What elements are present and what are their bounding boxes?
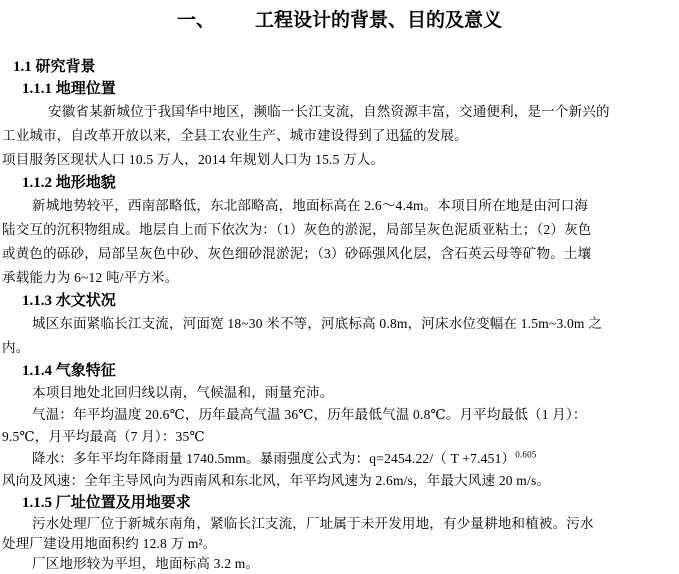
paragraph-line: 或黄色的砾砂，局部呈灰色中砂、灰色细砂混淤泥；（3）砂砾强风化层，含石英云母等矿…	[0, 242, 679, 266]
heading-1-1-4-climate: 1.1.4 气象特征	[0, 360, 679, 382]
paragraph-line: 承载能力为 6~12 吨/平方米。	[0, 266, 679, 290]
section-hydrology: 城区东面紧临长江支流，河面宽 18~30 米不等，河底标高 0.8m，河床水位变…	[0, 312, 679, 360]
storm-formula-exponent: 0.605	[515, 450, 536, 460]
paragraph-line: 处理厂建设用地面积约 12.8 万 m²。	[0, 534, 679, 554]
paragraph-line: 气温：年平均温度 20.6℃，历年最高气温 36℃，历年最低气温 0.8℃。月平…	[0, 404, 679, 426]
heading-1-1-5-site-location: 1.1.5 厂址位置及用地要求	[0, 492, 679, 514]
paragraph-line: 厂区地形较为平坦，地面标高 3.2 m。	[0, 554, 679, 574]
paragraph-line: 陆交互的沉积物组成。地层自上而下依次为：（1）灰色的淤泥，局部呈灰色泥质亚粘土；…	[0, 218, 679, 242]
section-climate: 本项目地处北回归线以南，气候温和，雨量充沛。 气温：年平均温度 20.6℃，历年…	[0, 382, 679, 492]
heading-1-1-2-terrain: 1.1.2 地形地貌	[0, 172, 679, 194]
paragraph-line-storm-formula: 降水：多年平均年降雨量 1740.5mm。暴雨强度公式为：q=2454.22/（…	[0, 448, 679, 470]
paragraph-line: 污水处理厂位于新城东南角，紧临长江支流，厂址属于未开发用地，有少量耕地和植被。污…	[0, 514, 679, 534]
paragraph-line: 9.5℃，月平均最高（7 月）：35℃	[0, 426, 679, 448]
paragraph-line: 新城地势较平，西南部略低，东北部略高，地面标高在 2.6～4.4m。本项目所在地…	[0, 194, 679, 218]
paragraph-line: 本项目地处北回归线以南，气候温和，雨量充沛。	[0, 382, 679, 404]
heading-1-1-research-background: 1.1 研究背景	[0, 56, 679, 78]
section-terrain: 新城地势较平，西南部略低，东北部略高，地面标高在 2.6～4.4m。本项目所在地…	[0, 194, 679, 290]
heading-1-1-1-geographic-location: 1.1.1 地理位置	[0, 78, 679, 100]
paragraph-line: 项目服务区现状人口 10.5 万人，2014 年规划人口为 15.5 万人。	[0, 148, 679, 172]
document-page: 一、工程设计的背景、目的及意义 1.1 研究背景 1.1.1 地理位置 安徽省某…	[0, 0, 679, 574]
section-geographic-location: 安徽省某新城位于我国华中地区，濒临一长江支流，自然资源丰富，交通便利，是一个新兴…	[0, 100, 679, 172]
paragraph-line: 安徽省某新城位于我国华中地区，濒临一长江支流，自然资源丰富，交通便利，是一个新兴…	[0, 100, 679, 124]
paragraph-line: 风向及风速：全年主导风向为西南风和东北风，年平均风速为 2.6m/s，年最大风速…	[0, 470, 679, 492]
storm-formula-text: 降水：多年平均年降雨量 1740.5mm。暴雨强度公式为：q=2454.22/（…	[32, 451, 515, 466]
paragraph-line: 城区东面紧临长江支流，河面宽 18~30 米不等，河底标高 0.8m，河床水位变…	[0, 312, 679, 336]
heading-1-1-3-hydrology: 1.1.3 水文状况	[0, 290, 679, 312]
paragraph-line: 工业城市，自改革开放以来，全县工农业生产、城市建设得到了迅猛的发展。	[0, 124, 679, 148]
paragraph-line: 内。	[0, 336, 679, 360]
page-title-text: 工程设计的背景、目的及意义	[255, 10, 502, 31]
section-site-location: 污水处理厂位于新城东南角，紧临长江支流，厂址属于未开发用地，有少量耕地和植被。污…	[0, 514, 679, 574]
page-title: 一、工程设计的背景、目的及意义	[0, 8, 679, 34]
page-title-number: 一、	[177, 10, 215, 31]
